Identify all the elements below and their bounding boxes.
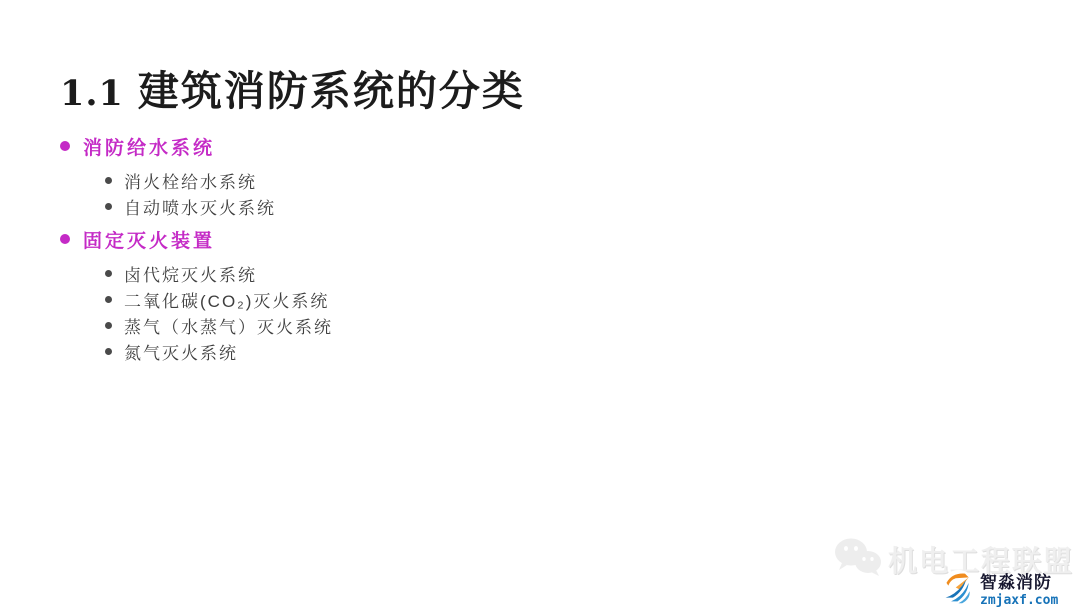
page-title: 1.1 建筑消防系统的分类 (60, 58, 525, 117)
bullet-icon (105, 270, 112, 277)
outline-level2-label: 二氧化碳(CO₂)灭火系统 (124, 287, 329, 312)
title-text: 建筑消防系统的分类 (138, 58, 525, 117)
logo-domain: zmjaxf.com (980, 594, 1058, 607)
outline-level1-label: 消防给水系统 (83, 133, 215, 160)
presentation-slide: 1.1 建筑消防系统的分类 消防给水系统 消火栓给水系统 自动喷 (0, 0, 1080, 608)
outline-sublist: 卤代烷灭火系统 二氧化碳(CO₂)灭火系统 蒸气（水蒸气）灭火系统 (60, 260, 333, 364)
outline-level1-label: 固定灭火装置 (83, 226, 215, 253)
list-item: 自动喷水灭火系统 (105, 193, 333, 219)
list-item: 蒸气（水蒸气）灭火系统 (105, 312, 333, 338)
title-section-number: 1.1 (60, 73, 124, 114)
outline-level2-label: 蒸气（水蒸气）灭火系统 (124, 313, 333, 338)
bullet-icon (105, 296, 112, 303)
list-item: 消火栓给水系统 (105, 167, 333, 193)
wechat-icon (832, 536, 884, 583)
outline-level2-label: 自动喷水灭火系统 (124, 194, 276, 219)
list-item: 固定灭火装置 卤代烷灭火系统 二氧化碳(CO₂)灭火系统 (60, 227, 333, 364)
outline-level1-row: 固定灭火装置 (60, 227, 333, 251)
list-item: 卤代烷灭火系统 (105, 260, 333, 286)
bullet-icon (105, 348, 112, 355)
zhimiao-logo-icon (940, 569, 977, 608)
list-item: 二氧化碳(CO₂)灭火系统 (105, 286, 333, 312)
bullet-icon (105, 203, 112, 210)
outline-level2-label: 消火栓给水系统 (124, 168, 257, 193)
list-item: 氮气灭火系统 (105, 338, 333, 364)
outline-level2-label: 卤代烷灭火系统 (124, 261, 257, 286)
outline-level1-row: 消防给水系统 (60, 134, 333, 158)
bullet-icon (105, 322, 112, 329)
outline-list: 消防给水系统 消火栓给水系统 自动喷水灭火系统 (60, 134, 333, 372)
brand-logo: 智淼消防 zmjaxf.com (940, 569, 1058, 608)
outline-level2-label: 氮气灭火系统 (124, 339, 238, 364)
bullet-icon (60, 141, 70, 151)
logo-brand-name: 智淼消防 (980, 574, 1058, 591)
list-item: 消防给水系统 消火栓给水系统 自动喷水灭火系统 (60, 134, 333, 219)
bullet-icon (60, 234, 70, 244)
outline-sublist: 消火栓给水系统 自动喷水灭火系统 (60, 167, 333, 219)
bullet-icon (105, 177, 112, 184)
